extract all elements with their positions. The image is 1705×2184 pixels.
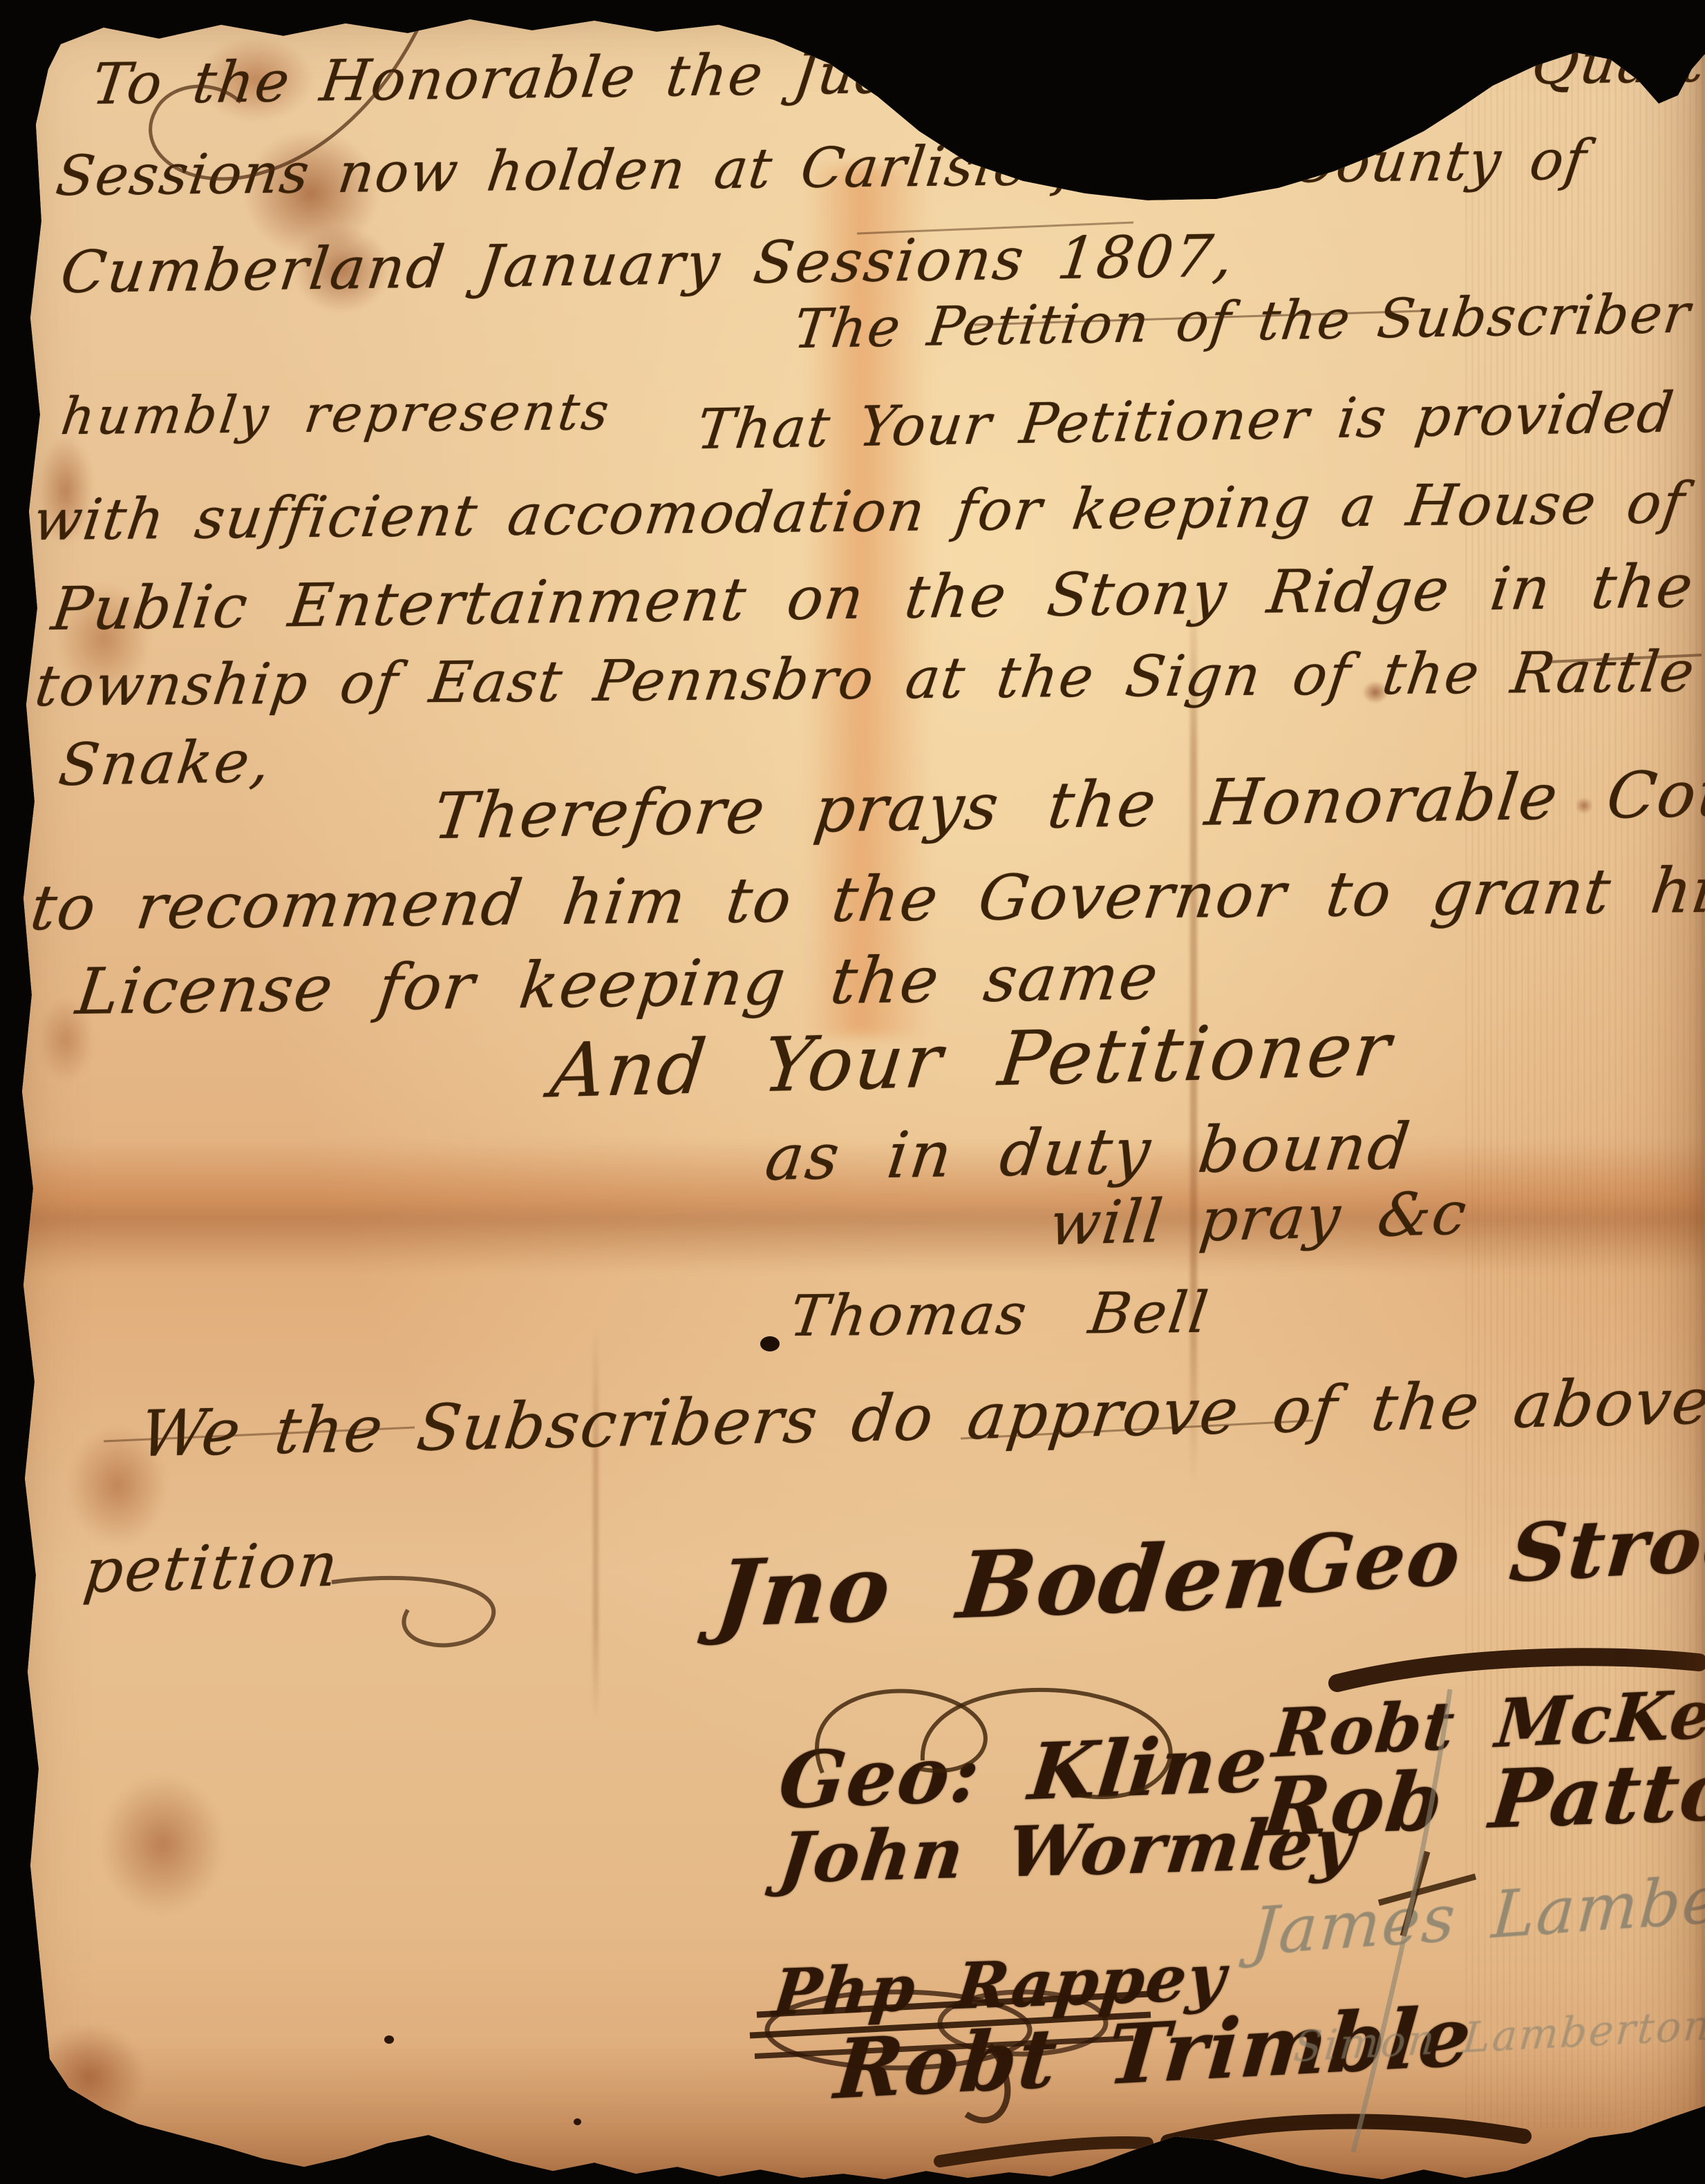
petition-paper: To the Honorable the Judges of the Court… xyxy=(0,0,1705,2184)
stain xyxy=(1130,155,1163,186)
edge-shading xyxy=(0,0,1705,2184)
photograph-background: To the Honorable the Judges of the Court… xyxy=(0,0,1705,2184)
